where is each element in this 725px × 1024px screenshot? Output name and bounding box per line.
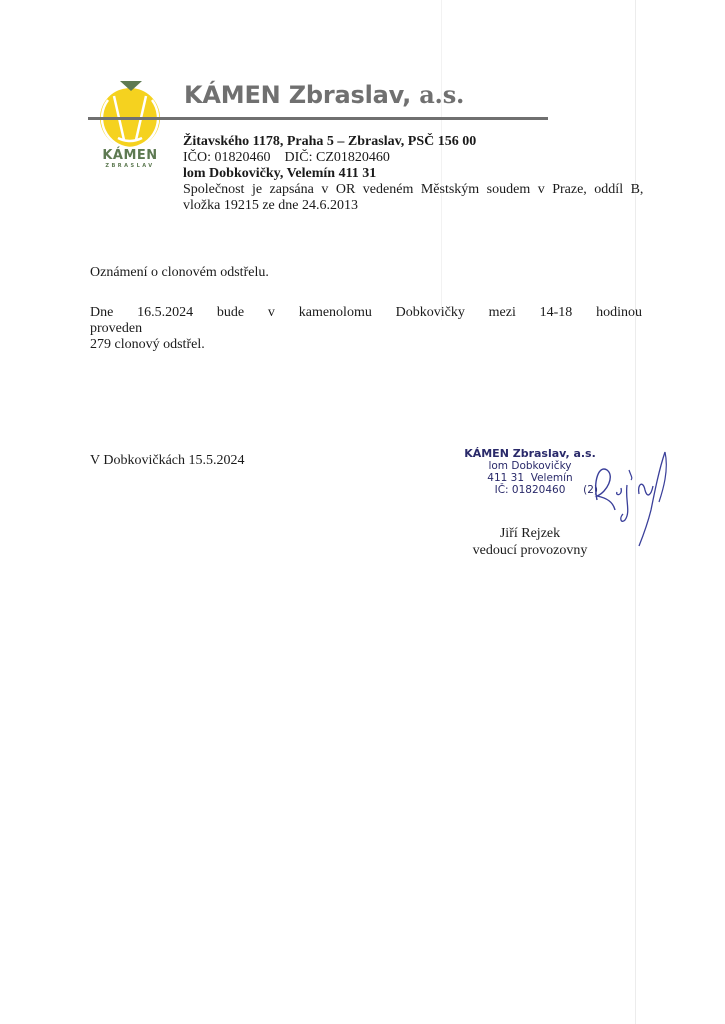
body-line-2: 279 clonový odstřel. [90, 337, 642, 353]
company-address-block: Žitavského 1178, Praha 5 – Zbraslav, PSČ… [183, 134, 653, 214]
stamp-line-2: lom Dobkovičky [460, 460, 600, 472]
signer-name: Jiří Rejzek [460, 525, 600, 542]
logo-subtitle: ZBRASLAV [93, 163, 167, 169]
signer-role: vedoucí provozovny [460, 542, 600, 559]
place-and-date: V Dobkovičkách 15.5.2024 [90, 453, 245, 469]
company-ids: IČO: 01820460 DIČ: CZ01820460 [183, 150, 653, 166]
site-line: lom Dobkovičky, Velemín 411 31 [183, 166, 653, 182]
logo-wordmark: KÁMEN [93, 149, 167, 162]
signer-block: Jiří Rejzek vedoucí provozovny [460, 525, 600, 559]
stamp-title: KÁMEN Zbraslav, a.s. [460, 448, 600, 460]
company-logo: KÁMEN ZBRASLAV [90, 78, 170, 173]
stamp-line-3: 411 31 Velemín [460, 472, 600, 484]
company-name: KÁMEN Zbraslav, a.s. [184, 80, 464, 109]
company-name-main: KÁMEN Zbraslav, [184, 81, 411, 109]
company-stamp: KÁMEN Zbraslav, a.s. lom Dobkovičky 411 … [460, 448, 600, 496]
company-name-suffix: a.s. [419, 80, 464, 109]
stamp-line-4: IČ: 01820460 (2) [460, 484, 600, 496]
logo-emblem-icon [90, 78, 170, 150]
registration-line-1: Společnost je zapsána v OR vedeném Městs… [183, 182, 653, 198]
body-line-1: Dne 16.5.2024 bude v kamenolomu Dobkovič… [90, 305, 642, 337]
address-line: Žitavského 1178, Praha 5 – Zbraslav, PSČ… [183, 134, 653, 150]
letter-body: Dne 16.5.2024 bude v kamenolomu Dobkovič… [90, 305, 642, 353]
header-rule [88, 117, 548, 120]
stamp-ic: IČ: 01820460 [495, 484, 566, 496]
letter-subject: Oznámení o clonovém odstřelu. [90, 265, 269, 281]
registration-line-2: vložka 19215 ze dne 24.6.2013 [183, 198, 653, 214]
